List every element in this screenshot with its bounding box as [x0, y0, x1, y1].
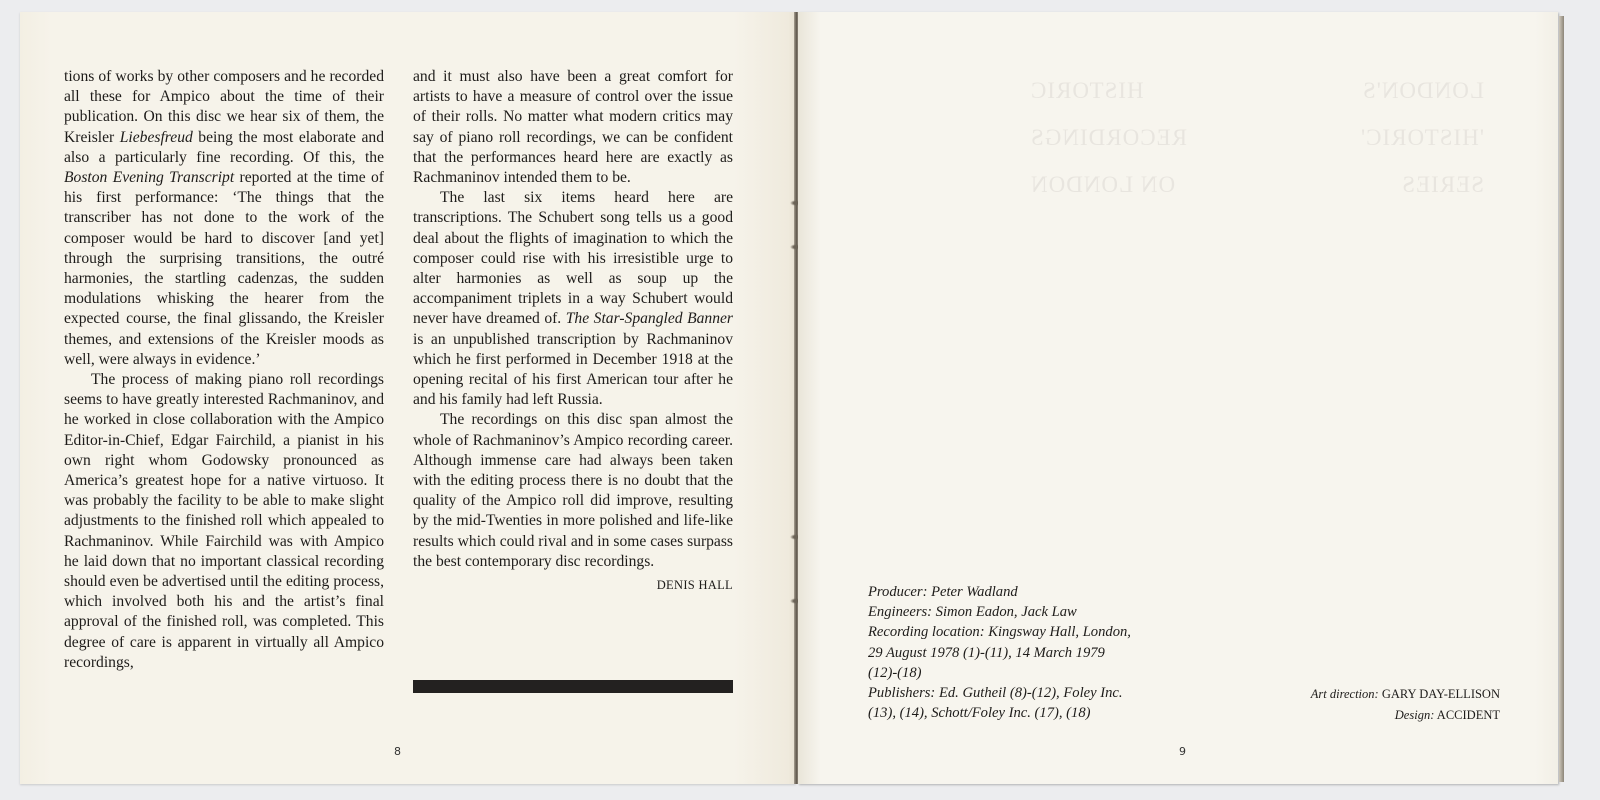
text-run: The process of making piano roll recordi…	[64, 371, 384, 671]
show-through-line: SERIES	[1360, 161, 1484, 208]
paragraph: and it must also have been a great comfo…	[413, 67, 733, 188]
italic-title: The Star-Spangled Banner	[566, 310, 733, 327]
page-number-right: 9	[1179, 745, 1186, 758]
column-2-body: and it must also have been a great comfo…	[413, 67, 733, 572]
paragraph: tions of works by other composers and he…	[64, 67, 384, 370]
show-through-line: LONDON'S	[1360, 67, 1484, 114]
paragraph: The process of making piano roll recordi…	[64, 370, 384, 673]
author-signature: DENIS HALL	[413, 575, 733, 595]
design-label: Design:	[1395, 708, 1435, 722]
text-column-2: and it must also have been a great comfo…	[413, 67, 733, 595]
show-through-line: RECORDINGS	[1030, 114, 1187, 161]
italic-title: Liebesfreud	[120, 129, 193, 146]
text-run: and it must also have been a great comfo…	[413, 68, 733, 186]
design-value: ACCIDENT	[1437, 708, 1500, 722]
text-run: is an unpublished transcription by Rachm…	[413, 331, 733, 409]
design-credits: Art direction: GARY DAY-ELLISON Design: …	[1311, 684, 1500, 725]
text-column-1: tions of works by other composers and he…	[64, 67, 384, 673]
show-through-heading-right: LONDON'S'HISTORIC'SERIES	[1360, 67, 1484, 208]
page-number-left: 8	[394, 745, 401, 758]
design-credit: Design: ACCIDENT	[1311, 705, 1500, 726]
credit-producer: Producer: Peter Wadland	[868, 582, 1198, 602]
black-rule-divider	[413, 680, 733, 693]
booklet-spread: tions of works by other composers and he…	[20, 12, 1582, 784]
italic-title: Boston Evening Transcript	[64, 169, 234, 186]
credit-recording-location: Recording location: Kingsway Hall, Londo…	[868, 622, 1198, 642]
art-direction-credit: Art direction: GARY DAY-ELLISON	[1311, 684, 1500, 705]
credit-publishers: Publishers: Ed. Gutheil (8)-(12), Foley …	[868, 683, 1198, 703]
credit-publishers-cont: (13), (14), Schott/Foley Inc. (17), (18)	[868, 703, 1198, 723]
text-run: The recordings on this disc span almost …	[413, 411, 733, 569]
art-direction-label: Art direction:	[1311, 687, 1379, 701]
credit-recording-tracks: (12)-(18)	[868, 663, 1198, 683]
page-left: tions of works by other composers and he…	[20, 12, 796, 784]
show-through-line: 'HISTORIC'	[1360, 114, 1484, 161]
show-through-line: HISTORIC	[1030, 67, 1187, 114]
credit-engineers: Engineers: Simon Eadon, Jack Law	[868, 602, 1198, 622]
recording-credits: Producer: Peter Wadland Engineers: Simon…	[868, 582, 1198, 723]
text-run: reported at the time of his first perfor…	[64, 169, 384, 368]
show-through-line: ON LONDON	[1030, 161, 1187, 208]
text-run: The last six items heard here are transc…	[413, 189, 733, 327]
paragraph: The last six items heard here are transc…	[413, 188, 733, 410]
show-through-heading-left: HISTORICRECORDINGSON LONDON	[1030, 67, 1187, 208]
art-direction-value: GARY DAY-ELLISON	[1382, 687, 1500, 701]
credit-recording-dates: 29 August 1978 (1)-(11), 14 March 1979	[868, 643, 1198, 663]
paragraph: The recordings on this disc span almost …	[413, 410, 733, 572]
